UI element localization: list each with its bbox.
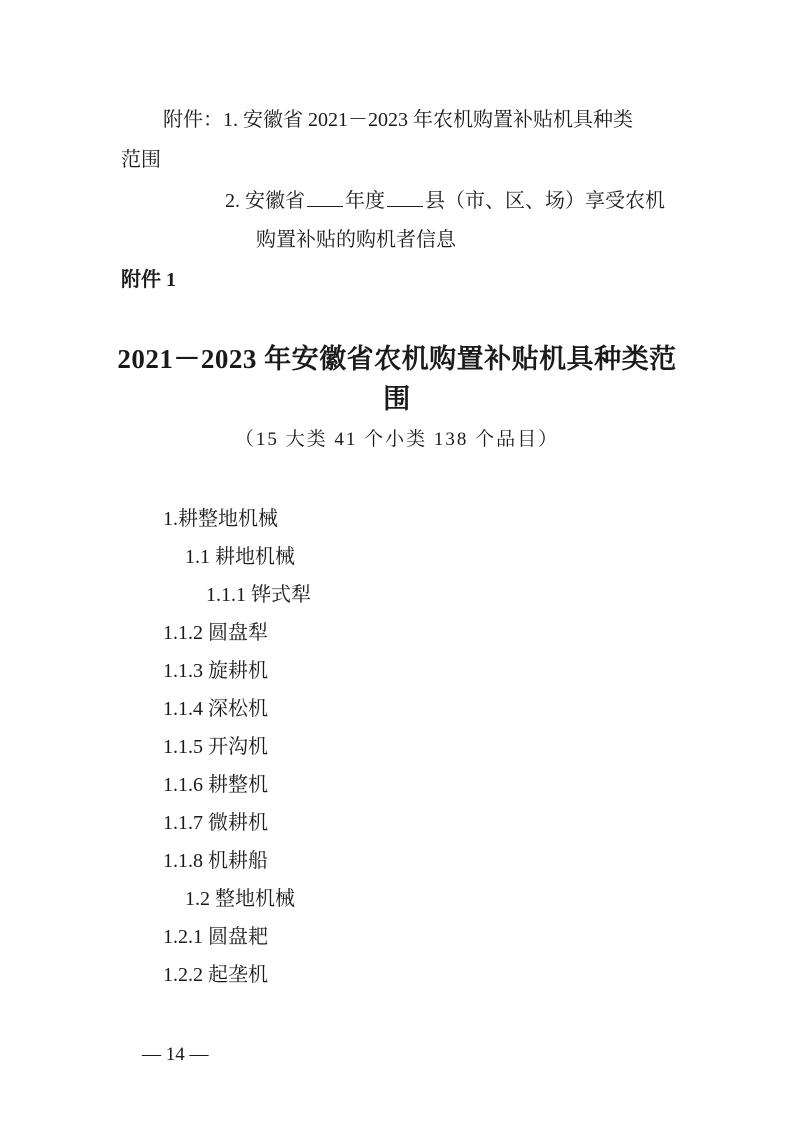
county-blank [387, 188, 423, 207]
attachment-note-line-1-continued: 范围 [121, 148, 161, 172]
catalog-item-1-1-3: 1.1.3 旋耕机 [163, 659, 268, 683]
catalog-item-1-1-4: 1.1.4 深松机 [163, 697, 268, 721]
catalog-item-1-1-7: 1.1.7 微耕机 [163, 811, 268, 835]
item-code: 1.1.5 [163, 736, 203, 758]
item-code: 1.1.4 [163, 698, 203, 720]
item-code: 1.1.1 [206, 584, 246, 606]
catalog-item-1-1-2: 1.1.2 圆盘犁 [163, 621, 268, 645]
catalog-item-1-1-1: 1.1.1 铧式犁 [206, 583, 311, 607]
document-subtitle: （15 大类 41 个小类 138 个品目） [0, 428, 794, 452]
catalog-item-1-2-1: 1.2.1 圆盘耙 [163, 925, 268, 949]
attachment-label: 附件 1 [121, 268, 176, 292]
item-name: 耕整地机械 [178, 508, 278, 530]
item-code: 1.1.6 [163, 774, 203, 796]
year-blank [307, 188, 343, 207]
attachment-note-line-2-mid2: 县（市、区、场）享受农机 [425, 190, 665, 212]
item-code: 1. [163, 508, 178, 530]
catalog-item-1-1: 1.1 耕地机械 [185, 545, 295, 569]
document-title-line-1: 2021－2023 年安徽省农机购置补贴机具种类范 [0, 343, 794, 375]
item-code: 1.1.2 [163, 622, 203, 644]
item-code: 1.1.8 [163, 850, 203, 872]
item-name: 圆盘耙 [208, 926, 268, 948]
attachment-note-line-2-mid1: 年度 [345, 190, 385, 212]
catalog-item-1-1-6: 1.1.6 耕整机 [163, 773, 268, 797]
item-name: 起垄机 [208, 964, 268, 986]
item-name: 旋耕机 [208, 660, 268, 682]
item-name: 深松机 [208, 698, 268, 720]
item-name: 耕地机械 [215, 546, 295, 568]
item-code: 1.1.7 [163, 812, 203, 834]
attachment-note-line-2-continued: 购置补贴的购机者信息 [256, 228, 456, 252]
item-code: 1.2 [185, 888, 210, 910]
catalog-item-1: 1.耕整地机械 [163, 507, 278, 531]
catalog-item-1-2: 1.2 整地机械 [185, 887, 295, 911]
item-name: 机耕船 [208, 850, 268, 872]
item-code: 1.1 [185, 546, 210, 568]
item-code: 1.2.2 [163, 964, 203, 986]
item-name: 耕整机 [208, 774, 268, 796]
item-code: 1.1.3 [163, 660, 203, 682]
catalog-item-1-1-8: 1.1.8 机耕船 [163, 849, 268, 873]
catalog-item-1-1-5: 1.1.5 开沟机 [163, 735, 268, 759]
item-name: 圆盘犁 [208, 622, 268, 644]
item-name: 开沟机 [208, 736, 268, 758]
item-code: 1.2.1 [163, 926, 203, 948]
document-title-line-2: 围 [0, 383, 794, 415]
catalog-item-1-2-2: 1.2.2 起垄机 [163, 963, 268, 987]
attachment-note-line-2-prefix: 2. 安徽省 [225, 190, 305, 212]
attachment-note-line-2: 2. 安徽省年度县（市、区、场）享受农机 [225, 188, 665, 213]
item-name: 整地机械 [215, 888, 295, 910]
item-name: 铧式犁 [251, 584, 311, 606]
page-number: — 14 — [142, 1043, 209, 1067]
item-name: 微耕机 [208, 812, 268, 834]
attachment-note-line-1: 附件：1. 安徽省 2021－2023 年农机购置补贴机具种类 [163, 108, 633, 132]
